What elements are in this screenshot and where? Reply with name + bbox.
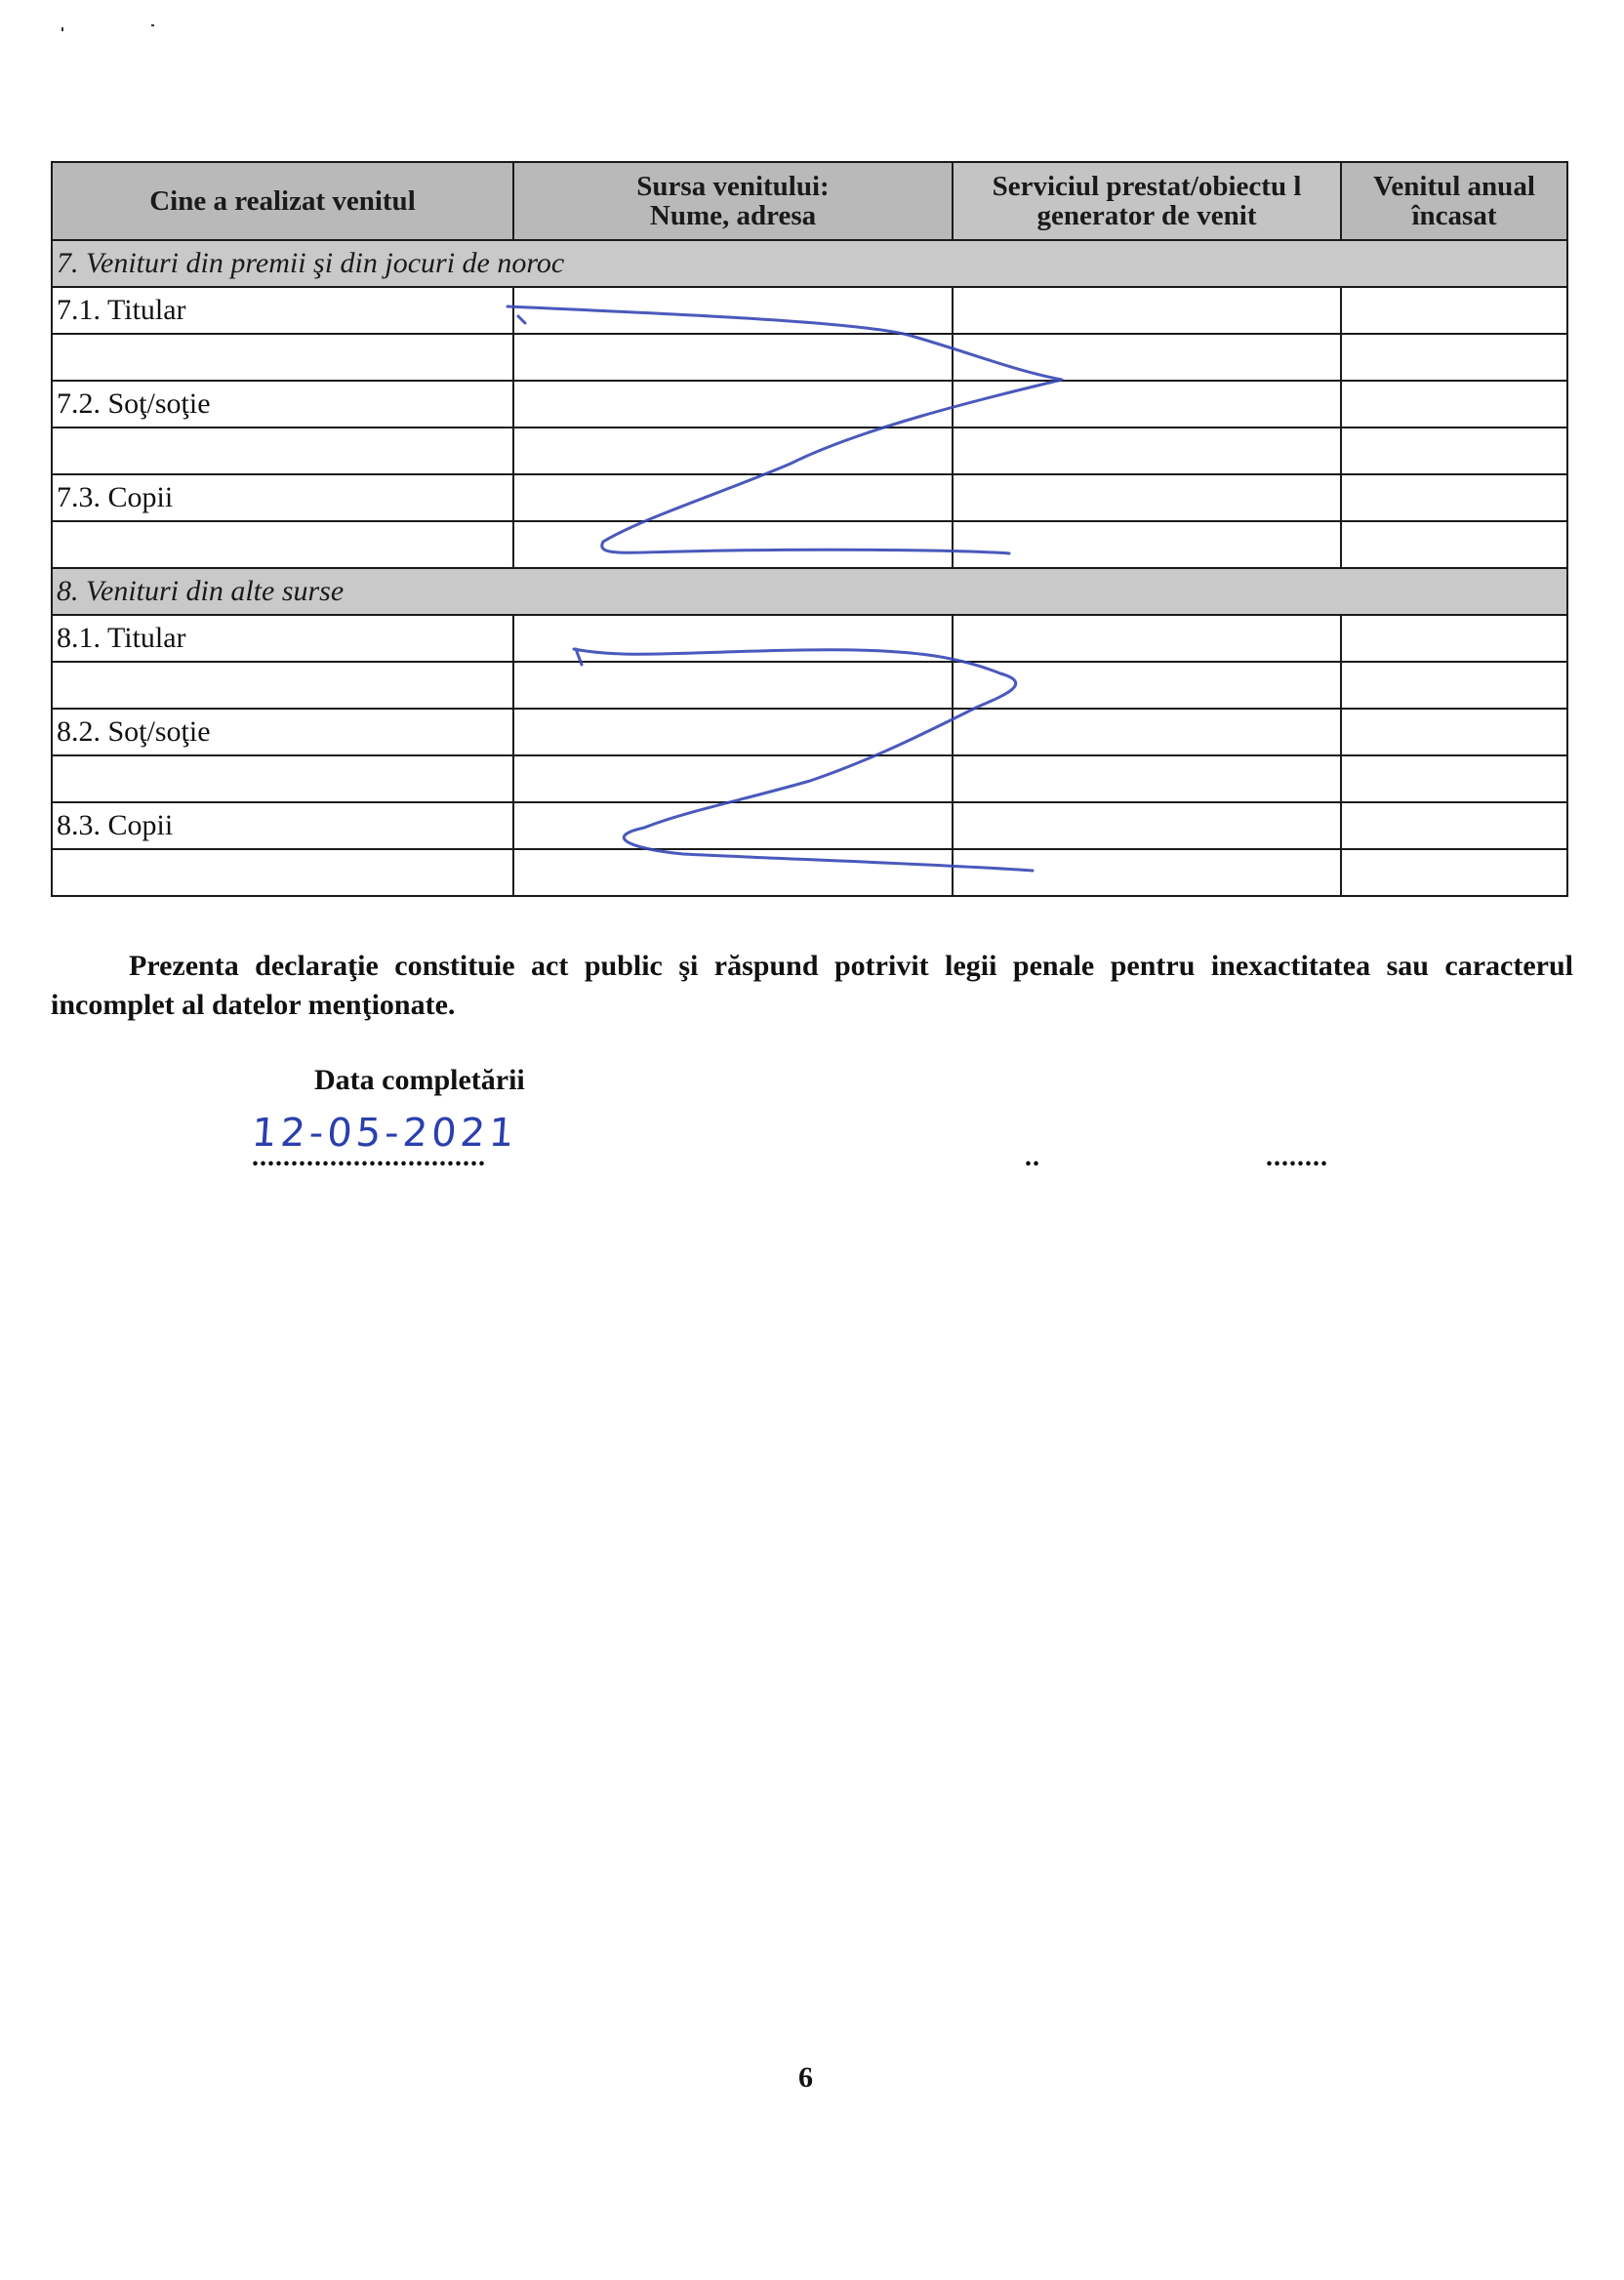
cell-source (513, 662, 953, 709)
date-dotted-line: .............................. (252, 1142, 486, 1173)
scan-speck (151, 24, 154, 26)
row-label (52, 662, 513, 709)
cell-service (953, 521, 1341, 568)
cell-source (513, 849, 953, 896)
table-header-row: Cine a realizat venitul Sursa venitului:… (52, 162, 1567, 240)
cell-source (513, 802, 953, 849)
cell-income (1341, 427, 1567, 474)
table-row: 8.3. Copii (52, 802, 1567, 849)
cell-service (953, 849, 1341, 896)
cell-service (953, 381, 1341, 427)
cell-service (953, 709, 1341, 755)
cell-service (953, 287, 1341, 334)
cell-service (953, 662, 1341, 709)
table-row: 8.1. Titular (52, 615, 1567, 662)
header-annual-income: Venitul anual încasat (1341, 162, 1567, 240)
cell-income (1341, 802, 1567, 849)
cell-income (1341, 381, 1567, 427)
table-row (52, 334, 1567, 381)
cell-source (513, 709, 953, 755)
cell-income (1341, 709, 1567, 755)
scan-speck (61, 27, 63, 31)
section-8-header: 8. Venituri din alte surse (52, 568, 1567, 615)
row-label (52, 755, 513, 802)
section-7-header: 7. Venituri din premii şi din jocuri de … (52, 240, 1567, 287)
row-label: 7.3. Copii (52, 474, 513, 521)
cell-income (1341, 662, 1567, 709)
table-row (52, 662, 1567, 709)
signature-dotted-line: ........ (1266, 1142, 1328, 1173)
cell-source (513, 427, 953, 474)
table-row (52, 755, 1567, 802)
cell-source (513, 287, 953, 334)
cell-service (953, 615, 1341, 662)
row-label (52, 849, 513, 896)
row-label (52, 427, 513, 474)
row-label: 8.2. Soţ/soţie (52, 709, 513, 755)
cell-service (953, 334, 1341, 381)
table-row: 8.2. Soţ/soţie (52, 709, 1567, 755)
cell-service (953, 427, 1341, 474)
section-title: 8. Venituri din alte surse (52, 568, 1567, 615)
row-label (52, 521, 513, 568)
page-number: 6 (798, 2061, 813, 2095)
table-row: 7.2. Soţ/soţie (52, 381, 1567, 427)
cell-source (513, 615, 953, 662)
table-row (52, 521, 1567, 568)
row-label: 8.1. Titular (52, 615, 513, 662)
cell-source (513, 381, 953, 427)
income-table: Cine a realizat venitul Sursa venitului:… (51, 161, 1568, 897)
row-label: 8.3. Copii (52, 802, 513, 849)
table-row: 7.1. Titular (52, 287, 1567, 334)
row-label: 7.2. Soţ/soţie (52, 381, 513, 427)
cell-source (513, 474, 953, 521)
cell-income (1341, 287, 1567, 334)
middle-dotted-line: .. (1025, 1142, 1040, 1173)
cell-service (953, 755, 1341, 802)
cell-income (1341, 755, 1567, 802)
cell-income (1341, 615, 1567, 662)
cell-income (1341, 334, 1567, 381)
cell-source (513, 521, 953, 568)
cell-service (953, 474, 1341, 521)
table-row (52, 427, 1567, 474)
row-label: 7.1. Titular (52, 287, 513, 334)
cell-service (953, 802, 1341, 849)
table-row (52, 849, 1567, 896)
cell-income (1341, 474, 1567, 521)
cell-income (1341, 521, 1567, 568)
header-service-object: Serviciul prestat/obiectu l generator de… (953, 162, 1341, 240)
cell-source (513, 334, 953, 381)
cell-income (1341, 849, 1567, 896)
header-income-source: Sursa venitului: Nume, adresa (513, 162, 953, 240)
date-label: Data completării (314, 1064, 525, 1097)
table-row: 7.3. Copii (52, 474, 1567, 521)
header-who-earned: Cine a realizat venitul (52, 162, 513, 240)
row-label (52, 334, 513, 381)
cell-source (513, 755, 953, 802)
declaration-statement: Prezenta declaraţie constituie act publi… (51, 947, 1573, 1025)
section-title: 7. Venituri din premii şi din jocuri de … (52, 240, 1567, 287)
